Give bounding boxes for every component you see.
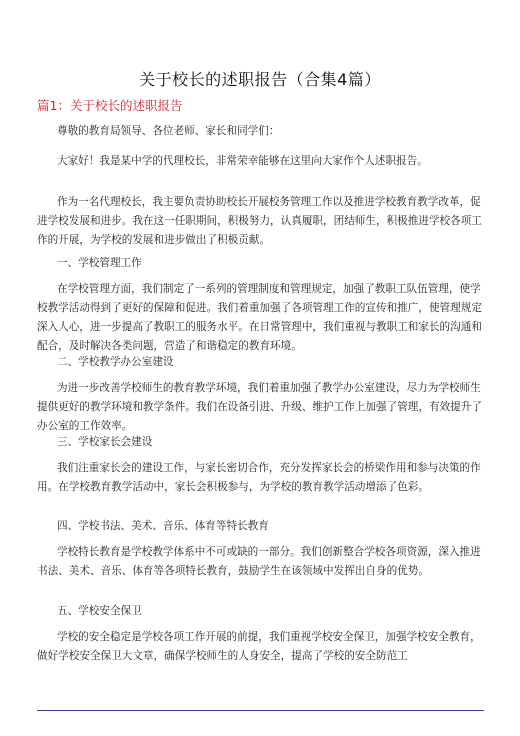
section-subtitle: 篇1：关于校长的述职报告 — [37, 96, 182, 114]
section-body: 我们注重家长会的建设工作，与家长密切合作，充分发挥家长会的桥梁作用和参与决策的作… — [37, 459, 483, 497]
section-body: 学校特长教育是学校教学体系中不可或缺的一部分。我们创新整合学校各项资源，深入推进… — [37, 543, 483, 581]
section-body: 为进一步改善学校师生的教育教学环境，我们着重加强了教学办公室建设，尽力为学校师生… — [37, 379, 483, 436]
paragraph: 作为一名代理校长，我主要负责协助校长开展校务管理工作以及推进学校教育教学改革，促… — [37, 193, 483, 250]
section-heading: 四、学校书法、美术、音乐、体育等特长教育 — [57, 518, 269, 533]
section-body: 在学校管理方面，我们制定了一系列的管理制度和管理规定，加强了教职工队伍管理，使学… — [37, 280, 483, 356]
section-heading: 三、学校家长会建设 — [57, 434, 152, 449]
document-title: 关于校长的述职报告（合集4篇） — [0, 67, 520, 90]
document-page: 关于校长的述职报告（合集4篇） 篇1：关于校长的述职报告 尊敬的教育局领导、各位… — [0, 0, 520, 736]
section-heading: 二、学校教学办公室建设 — [57, 354, 174, 369]
salutation: 尊敬的教育局领导、各位老师、家长和同学们： — [37, 122, 483, 141]
section-heading: 一、学校管理工作 — [57, 255, 142, 270]
paragraph: 大家好！我是某中学的代理校长，非常荣幸能够在这里向大家作个人述职报告。 — [37, 152, 483, 171]
section-heading: 五、学校安全保卫 — [57, 603, 142, 618]
section-body: 学校的安全稳定是学校各项工作开展的前提，我们重视学校安全保卫，加强学校安全教育，… — [37, 628, 483, 668]
footer-rule — [37, 710, 484, 711]
